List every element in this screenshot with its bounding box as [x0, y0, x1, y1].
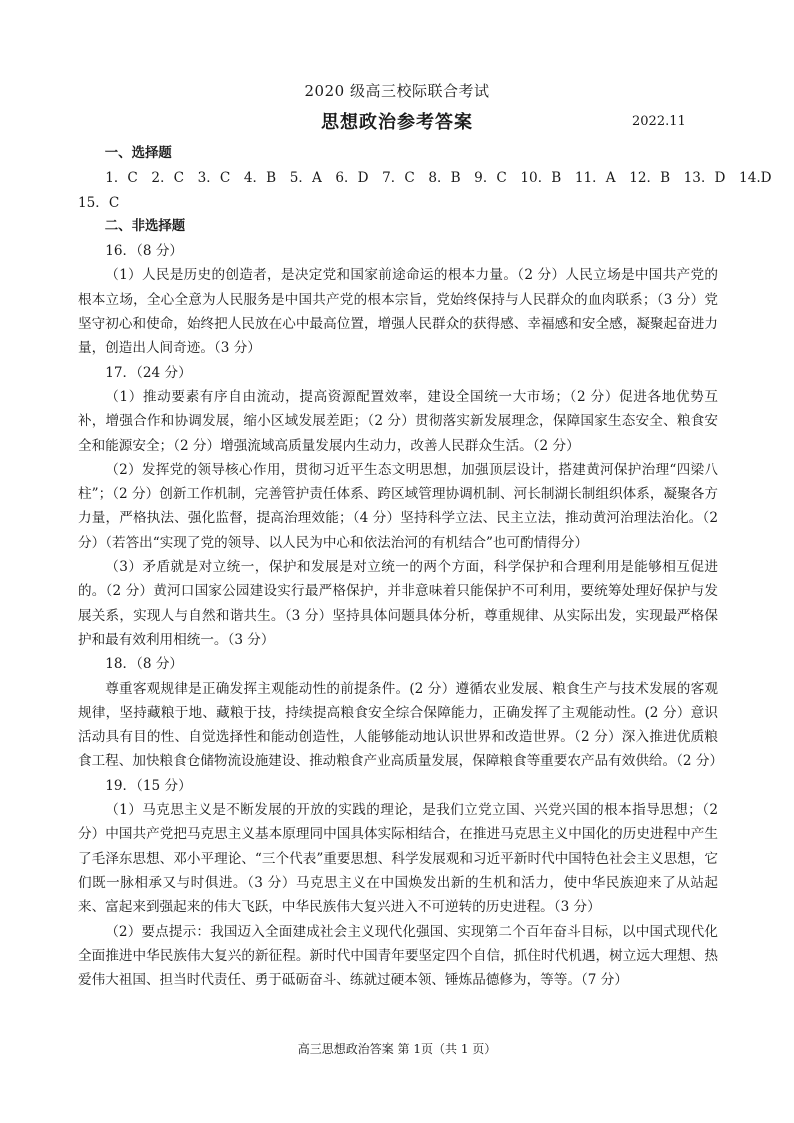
section-heading-choice: 一、选择题: [78, 142, 718, 166]
page-footer: 高三思想政治答案 第 1页（共 1 页）: [0, 1040, 794, 1057]
question-17-heading: 17．（24 分）: [78, 361, 718, 385]
question-19-heading: 19．（15 分）: [78, 774, 718, 798]
question-18-heading: 18．（8 分）: [78, 652, 718, 676]
document-body: 一、选择题 1．C 2．C 3．C 4．B 5．A 6．D 7．C 8．B 9．…: [78, 142, 718, 992]
exam-subtitle: 2020 级高三校际联合考试: [0, 80, 794, 101]
question-17-answer-3: （3）矛盾就是对立统一，保护和发展是对立统一的两个方面，科学保护和合理利用是能够…: [78, 555, 718, 652]
question-18-answer: 尊重客观规律是正确发挥主观能动性的前提条件。(2 分）遵循农业发展、粮食生产与技…: [78, 677, 718, 774]
document-date: 2022.11: [632, 114, 686, 129]
question-17-answer-2: （2）发挥党的领导核心作用，贯彻习近平生态文明思想，加强顶层设计，搭建黄河保护治…: [78, 458, 718, 555]
answer-key-page: 2020 级高三校际联合考试 思想政治参考答案 2022.11 一、选择题 1．…: [0, 0, 794, 1123]
section-heading-nonchoice: 二、非选择题: [78, 215, 718, 239]
question-16-heading: 16．（8 分）: [78, 239, 718, 263]
choice-answers-line-1: 1．C 2．C 3．C 4．B 5．A 6．D 7．C 8．B 9．C 10．B…: [78, 166, 718, 190]
question-17-answer-1: （1）推动要素有序自由流动，提高资源配置效率，建设全国统一大市场；（2 分）促进…: [78, 385, 718, 458]
question-16-answer-1: （1）人民是历史的创造者，是决定党和国家前途命运的根本力量。（2 分）人民立场是…: [78, 263, 718, 360]
choice-answers-line-2: 15．C: [78, 191, 718, 215]
question-19-answer-2: （2）要点提示：我国迈入全面建成社会主义现代化强国、实现第二个百年奋斗目标，以中…: [78, 920, 718, 993]
question-19-answer-1: （1）马克思主义是不断发展的开放的实践的理论，是我们立党立国、兴党兴国的根本指导…: [78, 798, 718, 919]
